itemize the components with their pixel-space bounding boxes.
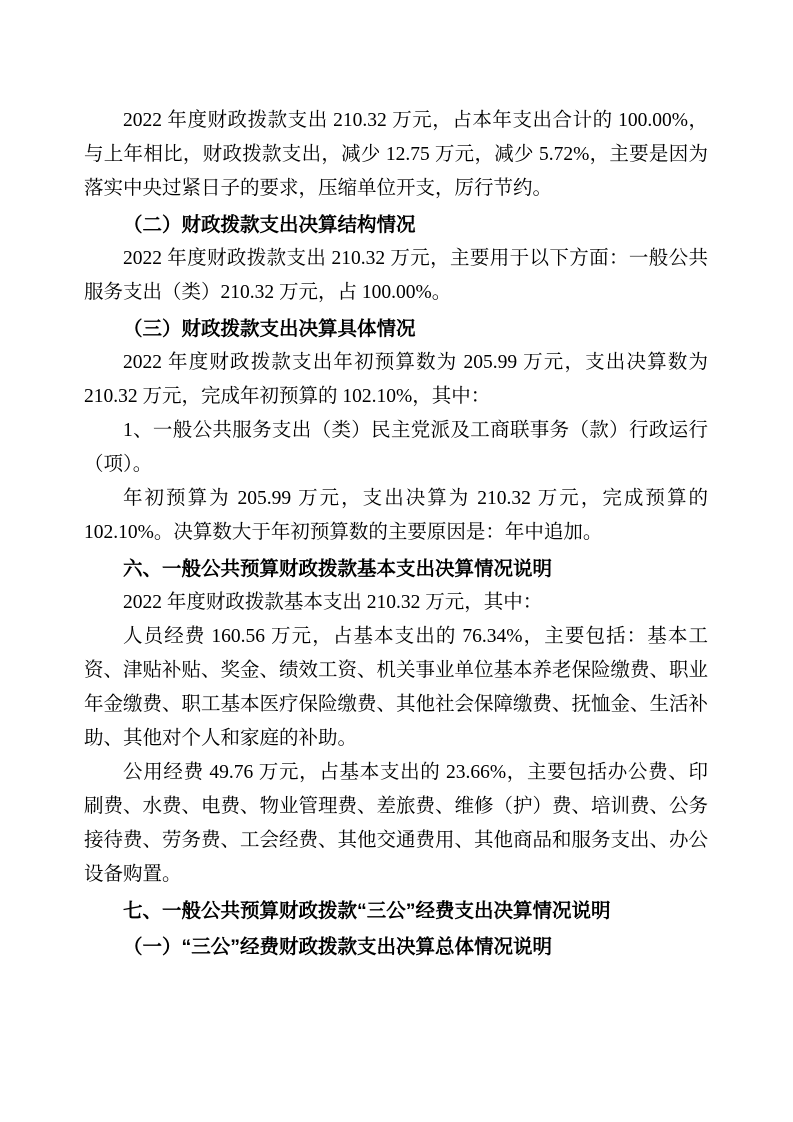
heading-basic-expenditure-explanation: 六、一般公共预算财政拨款基本支出决算情况说明	[84, 552, 708, 586]
heading-expenditure-specifics: （三）财政拨款支出决算具体情况	[84, 312, 708, 346]
para-public-expenses: 公用经费 49.76 万元，占基本支出的 23.66%，主要包括办公费、印刷费、…	[84, 756, 708, 892]
para-general-public-service-item: 1、一般公共服务支出（类）民主党派及工商联事务（款）行政运行（项）。	[84, 414, 708, 482]
para-basic-expenditure-total: 2022 年度财政拨款基本支出 210.32 万元，其中：	[84, 586, 708, 620]
para-budget-vs-final-accounts: 2022 年度财政拨款支出年初预算数为 205.99 万元，支出决算数为 210…	[84, 346, 708, 414]
para-item-budget-comparison: 年初预算为 205.99 万元，支出决算为 210.32 万元，完成预算的 10…	[84, 482, 708, 550]
para-fiscal-grant-expenditure-overview: 2022 年度财政拨款支出 210.32 万元，占本年支出合计的 100.00%…	[84, 104, 708, 206]
para-personnel-expenses: 人员经费 160.56 万元，占基本支出的 76.34%，主要包括：基本工资、津…	[84, 620, 708, 756]
heading-three-public-funds-overall: （一）“三公”经费财政拨款支出决算总体情况说明	[84, 930, 708, 964]
document-content: 2022 年度财政拨款支出 210.32 万元，占本年支出合计的 100.00%…	[84, 104, 708, 964]
document-page: 2022 年度财政拨款支出 210.32 万元，占本年支出合计的 100.00%…	[0, 0, 793, 1122]
heading-three-public-funds-explanation: 七、一般公共预算财政拨款“三公”经费支出决算情况说明	[84, 894, 708, 928]
para-expenditure-structure-detail: 2022 年度财政拨款支出 210.32 万元，主要用于以下方面：一般公共服务支…	[84, 242, 708, 310]
heading-expenditure-structure: （二）财政拨款支出决算结构情况	[84, 208, 708, 242]
